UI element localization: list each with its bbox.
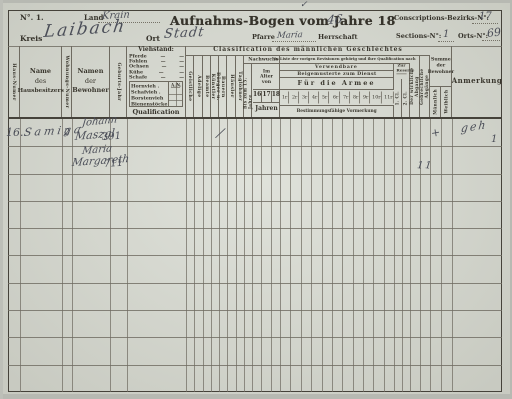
armee-col: 9r	[362, 92, 370, 104]
viehstand-b-label: Hornvieh .	[131, 83, 159, 89]
category-col-5: Bauern	[219, 56, 227, 117]
category-label: Taglöhner	[237, 71, 242, 101]
conscription-district-label: Conscriptions-Bezirks-N°:	[394, 14, 489, 22]
herrschaft-label: Herrschaft	[318, 33, 357, 41]
title-year-handwriting: 46	[326, 12, 343, 27]
row2-number: 711	[104, 158, 124, 170]
verwendbare-text: Verwendbare	[315, 64, 358, 69]
row2-tick-m: 1	[416, 160, 423, 172]
viehstand-b-label: Borstenvieh	[131, 95, 163, 101]
nachwuchs-footer: Jahren	[253, 105, 280, 112]
classification-banner: Classification des männlichen Geschlecht…	[186, 46, 430, 56]
row1-haus-nr: 16.	[6, 126, 24, 139]
hausbesitzer-line2: des	[15, 78, 66, 85]
year-16: 16	[253, 91, 262, 102]
armee-col: 10r	[372, 92, 381, 104]
liste-banner: In Liste der vorigen Revisionen gehörig …	[280, 56, 410, 64]
geburts-jahr-label: Geburts-Jahr	[115, 62, 120, 101]
armee-col: 8r	[352, 92, 360, 104]
orts-number-value: 69	[486, 26, 501, 40]
nachwuchs-years: 16 17 18	[253, 91, 280, 103]
row1-remark-number: 1	[491, 134, 497, 145]
scan-bottom-shadow	[0, 393, 512, 399]
orts-rule	[482, 39, 500, 41]
kreis-label: Kreis	[20, 34, 42, 43]
viehstand-mini-grid: A. N.	[168, 82, 182, 106]
nachwuchs-mid-text: Im Alter von	[256, 68, 277, 85]
wohnungs-numer-label: Wohnungs-Numer	[64, 55, 69, 108]
abgang-1-label: Der wirkliche Abgang	[410, 65, 420, 109]
armee-footer-text: Bestimmungsfähige Vormerkung	[296, 109, 376, 114]
category-label: Bauern	[220, 76, 225, 98]
column-hausbesitzer: Name des Hausbesitzers	[20, 46, 62, 117]
reserve-col-1: 1. Cl.	[395, 91, 400, 105]
row1-wohnung: 2	[64, 128, 70, 138]
reserve-title: Zur Reserve	[396, 64, 406, 74]
armee-col: 3r	[301, 92, 309, 104]
qualification-label: Qualification	[127, 108, 185, 116]
grid-line	[8, 255, 502, 256]
bewohner-line3: Bewohner	[72, 87, 109, 94]
reserve-box: Zur Reserve 1. Cl. 2. Cl.	[394, 64, 410, 117]
armee-col: 11r	[384, 92, 393, 104]
category-label: Häusler	[228, 75, 233, 98]
classification-banner-text: Classification des männlichen Geschlecht…	[213, 47, 403, 54]
viehstand-rows-a: Pferde—— Fohlen—— Ochsen—— Kühe—— Schafe…	[129, 54, 184, 80]
armee-footer-band: Bestimmungsfähige Vormerkung	[280, 106, 394, 117]
scan-left-edge	[0, 0, 3, 399]
armee-band: Für die Armee	[280, 78, 394, 90]
grid-line	[8, 228, 502, 229]
sections-value: 1	[443, 29, 449, 40]
bewohner-line1: Namen	[72, 68, 109, 75]
category-label: Geistliche	[187, 71, 192, 101]
viehstand-b-label: Bienenstöcke	[131, 101, 167, 107]
hausbesitzer-line3: Hausbesitzers	[17, 88, 63, 95]
viehstand-sub-box: Hornvieh . Schafvieh . Borstenvieh Biene…	[129, 81, 183, 107]
scanned-census-form: N°. 1. Land Krain ✓ Aufnahms-Bogen vom J…	[0, 0, 512, 399]
armee-col: 4r	[311, 92, 319, 104]
column-geburts-jahr: Geburts-Jahr	[110, 46, 127, 117]
pfarre-rule	[272, 40, 316, 42]
year-17: 17	[262, 91, 271, 102]
form-number-label: N°. 1.	[20, 13, 44, 22]
hausbesitzer-line1: Name	[15, 68, 66, 75]
sections-label: Sections-N°:	[396, 32, 441, 40]
category-col-4: Bürger u. Künstler	[211, 56, 219, 117]
conscription-district-value: 17	[479, 11, 492, 22]
category-col-6: Häusler	[227, 56, 235, 117]
nachwuchs-side-label: Bis zum 15. Jahre	[243, 72, 253, 109]
nachwuchs-mid: Im Alter von	[253, 64, 280, 90]
verwendbare-band: Verwendbare	[280, 64, 394, 71]
check-mark-handwriting: ✓	[300, 0, 308, 10]
armee-text: Für die Armee	[298, 80, 376, 87]
viehstand-row-label: Schafe	[129, 75, 147, 81]
armee-col: 1r	[281, 92, 289, 104]
nachwuchs-side-col: Bis zum 15. Jahre	[244, 64, 252, 117]
sections-rule	[438, 40, 454, 42]
viehstand-dash: —	[161, 75, 166, 81]
grid-line	[8, 283, 502, 284]
grid-line	[8, 310, 502, 311]
nachwuchs-box: Nachwuchs Bis zum 15. Jahre Im Alter von…	[244, 56, 280, 117]
summe-maennlich: Männlich	[433, 89, 438, 115]
grid-line	[8, 174, 502, 175]
armee-col: 5r	[321, 92, 329, 104]
ort-value-handwriting: Stadt	[163, 25, 205, 42]
viehstand-b-label: Schafvieh .	[131, 89, 161, 95]
summe-title: Summe der Bewohner	[427, 57, 453, 75]
column-wohnungs-numer: Wohnungs-Numer	[62, 46, 72, 117]
row1-number: 391	[102, 131, 122, 143]
conscription-rule	[472, 22, 498, 24]
row2-tick-w: 1	[424, 160, 431, 172]
anmerkung-label: Anmerkung	[452, 77, 503, 85]
grid-line	[8, 201, 502, 202]
viehstand-box: Viehstand: Pferde—— Fohlen—— Ochsen—— Kü…	[127, 46, 186, 117]
viehstand-dash: —	[179, 75, 184, 81]
ort-label: Ort	[146, 34, 160, 43]
armee-columns: 1r 2r 3r 4r 5r 6r 7r 8r 9r 10r 11r	[280, 90, 394, 106]
category-col-2: Adelige	[194, 56, 202, 117]
column-bewohner: Namen der Bewohner	[72, 46, 110, 117]
reserve-col-2: 2. Cl.	[403, 91, 408, 105]
armee-col: 2r	[291, 92, 299, 104]
beigemusterte-text: Beigemusterte zum Dienst	[297, 71, 376, 76]
category-label: Adelige	[195, 75, 200, 97]
category-col-1: Geistliche	[186, 56, 194, 117]
year-18: 18	[272, 91, 280, 102]
armee-col: 6r	[332, 92, 340, 104]
beigemusterte-band: Beigemusterte zum Dienst	[280, 71, 394, 78]
bewohner-line2: der	[72, 78, 109, 85]
summe-box: Summe der Bewohner Männlich Weiblich	[430, 46, 452, 117]
summe-weiblich: Weiblich	[444, 90, 449, 114]
row1-summe-tick: +	[430, 125, 441, 139]
armee-col: 7r	[342, 92, 350, 104]
grid-line	[8, 337, 502, 338]
column-anmerkung: Anmerkung	[452, 46, 502, 117]
liste-banner-text: In Liste der vorigen Revisionen gehörig …	[274, 57, 415, 61]
grid-line	[8, 365, 502, 366]
category-label: Beamte	[204, 75, 209, 97]
